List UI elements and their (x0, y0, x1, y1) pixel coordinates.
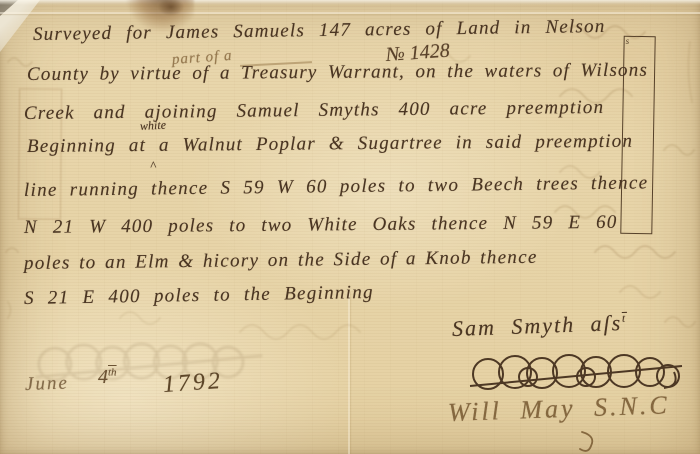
insertion-caret: ^ (150, 158, 155, 174)
date-year: 1792 (162, 368, 224, 399)
signature-undercurl (578, 430, 608, 452)
date-day-number: 4 (98, 366, 108, 388)
scanned-survey-document: s Surveyed for James Samuels 147 acres o… (0, 0, 700, 454)
inserted-word: white (140, 118, 167, 134)
date-month: June (25, 372, 70, 396)
assistant-signature-superscript: t (622, 313, 627, 325)
date-day-suffix: th (108, 366, 117, 378)
survey-line-2: County by virtue of a Treasury Warrant, … (27, 60, 648, 86)
plat-corner-mark: s (626, 36, 630, 46)
date-day: 4th (98, 366, 117, 389)
assistant-signature-text: Sam Smyth aſs (452, 310, 623, 341)
